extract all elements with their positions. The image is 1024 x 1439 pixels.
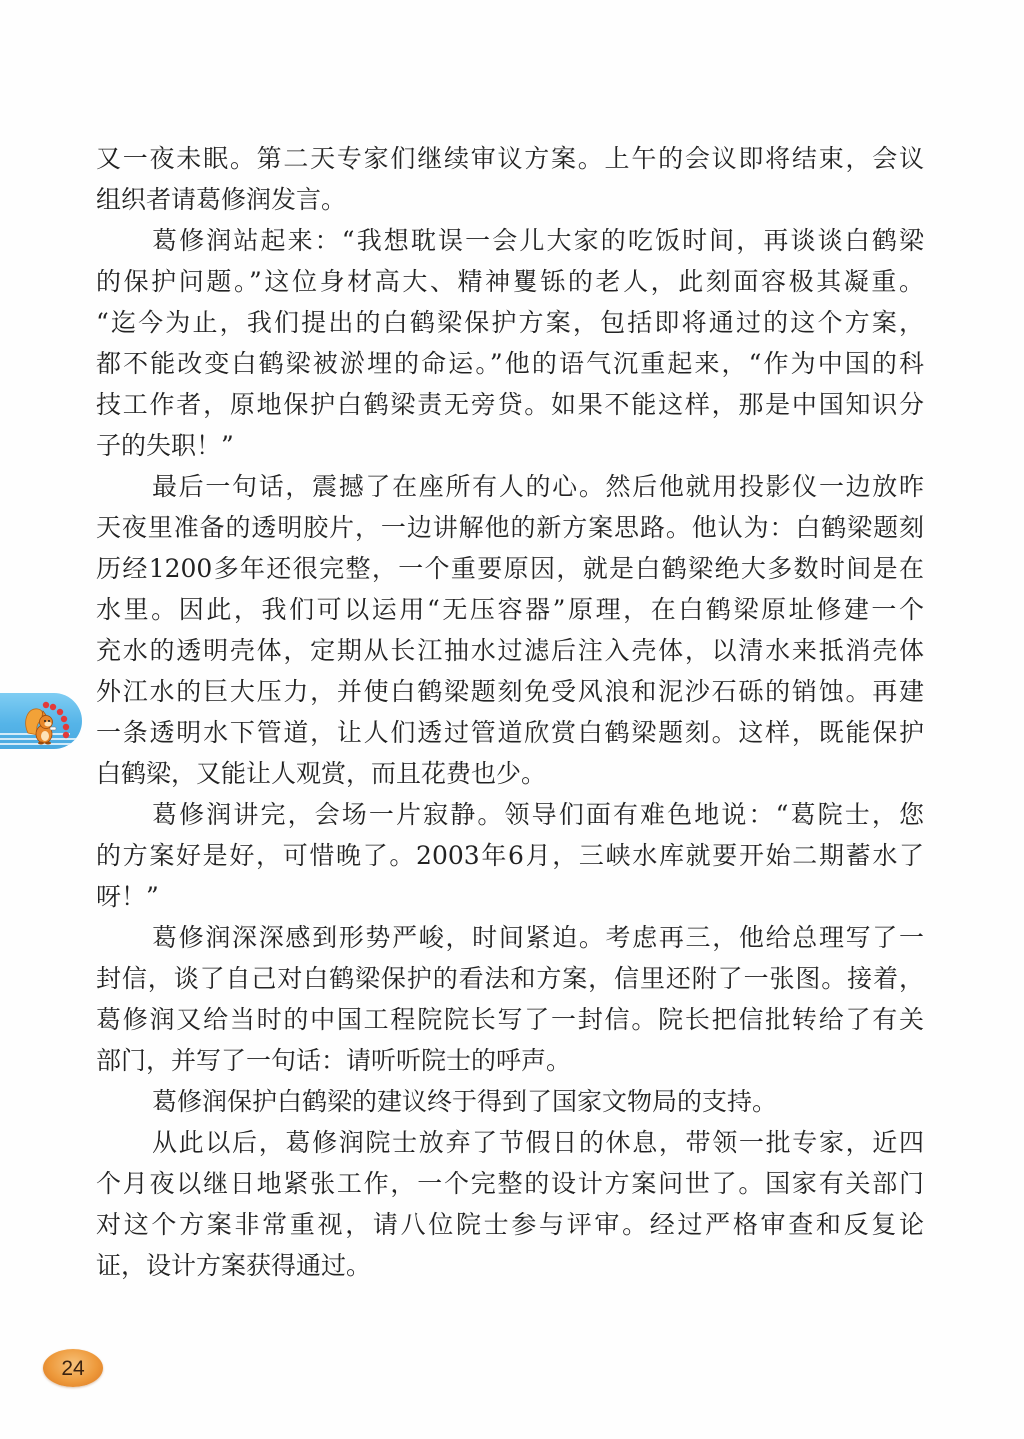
text-line: “迄今为止，我们提出的白鹤梁保护方案，包括即将通过的这个方案， bbox=[96, 302, 924, 343]
text-line: 外江水的巨大压力，并使白鹤梁题刻免受风浪和泥沙石砾的销蚀。再建 bbox=[96, 671, 924, 712]
text-line: 葛修润保护白鹤梁的建议终于得到了国家文物局的支持。 bbox=[96, 1081, 924, 1122]
text-line: 天夜里准备的透明胶片，一边讲解他的新方案思路。他认为：白鹤梁题刻 bbox=[96, 507, 924, 548]
textbook-page: 又一夜未眠。第二天专家们继续审议方案。上午的会议即将结束，会议 组织者请葛修润发… bbox=[0, 0, 1024, 1439]
text-line: 个月夜以继日地紧张工作，一个完整的设计方案问世了。国家有关部门 bbox=[96, 1163, 924, 1204]
text-line: 组织者请葛修润发言。 bbox=[96, 179, 924, 220]
text-line: 最后一句话，震撼了在座所有人的心。然后他就用投影仪一边放昨 bbox=[96, 466, 924, 507]
text-line: 葛修润深深感到形势严峻，时间紧迫。考虑再三，他给总理写了一 bbox=[96, 917, 924, 958]
text-line: 证，设计方案获得通过。 bbox=[96, 1245, 924, 1286]
text-line: 封信，谈了自己对白鹤梁保护的看法和方案，信里还附了一张图。接着， bbox=[96, 958, 924, 999]
text-line: 葛修润站起来：“我想耽误一会儿大家的吃饭时间，再谈谈白鹤梁 bbox=[96, 220, 924, 261]
text-line: 葛修润讲完，会场一片寂静。领导们面有难色地说：“葛院士，您 bbox=[96, 794, 924, 835]
text-line: 充水的透明壳体，定期从长江抽水过滤后注入壳体，以清水来抵消壳体 bbox=[96, 630, 924, 671]
text-line: 呀！” bbox=[96, 876, 924, 917]
text-line: 一条透明水下管道，让人们透过管道欣赏白鹤梁题刻。这样，既能保护 bbox=[96, 712, 924, 753]
text-line: 的保护问题。”这位身材高大、精神矍铄的老人，此刻面容极其凝重。 bbox=[96, 261, 924, 302]
text-line: 水里。因此，我们可以运用“无压容器”原理，在白鹤梁原址修建一个 bbox=[96, 589, 924, 630]
text-line: 葛修润又给当时的中国工程院院长写了一封信。院长把信批转给了有关 bbox=[96, 999, 924, 1040]
text-line: 从此以后，葛修润院士放弃了节假日的休息，带领一批专家，近四 bbox=[96, 1122, 924, 1163]
reading-link-tab bbox=[0, 693, 82, 749]
page-number-badge: 24 bbox=[43, 1349, 103, 1387]
text-line: 对这个方案非常重视，请八位院士参与评审。经过严格审查和反复论 bbox=[96, 1204, 924, 1245]
text-line: 又一夜未眠。第二天专家们继续审议方案。上午的会议即将结束，会议 bbox=[96, 138, 924, 179]
tab-label-icon bbox=[38, 697, 78, 745]
text-line: 技工作者，原地保护白鹤梁责无旁贷。如果不能这样，那是中国知识分 bbox=[96, 384, 924, 425]
page-number: 24 bbox=[61, 1357, 84, 1381]
text-line: 部门，并写了一句话：请听听院士的呼声。 bbox=[96, 1040, 924, 1081]
text-line: 的方案好是好，可惜晚了。2003年6月，三峡水库就要开始二期蓄水了 bbox=[96, 835, 924, 876]
text-line: 历经1200多年还很完整，一个重要原因，就是白鹤梁绝大多数时间是在 bbox=[96, 548, 924, 589]
body-text: 又一夜未眠。第二天专家们继续审议方案。上午的会议即将结束，会议 组织者请葛修润发… bbox=[96, 138, 924, 1286]
text-line: 子的失职！” bbox=[96, 425, 924, 466]
text-line: 白鹤梁，又能让人观赏，而且花费也少。 bbox=[96, 753, 924, 794]
text-line: 都不能改变白鹤梁被淤埋的命运。”他的语气沉重起来，“作为中国的科 bbox=[96, 343, 924, 384]
